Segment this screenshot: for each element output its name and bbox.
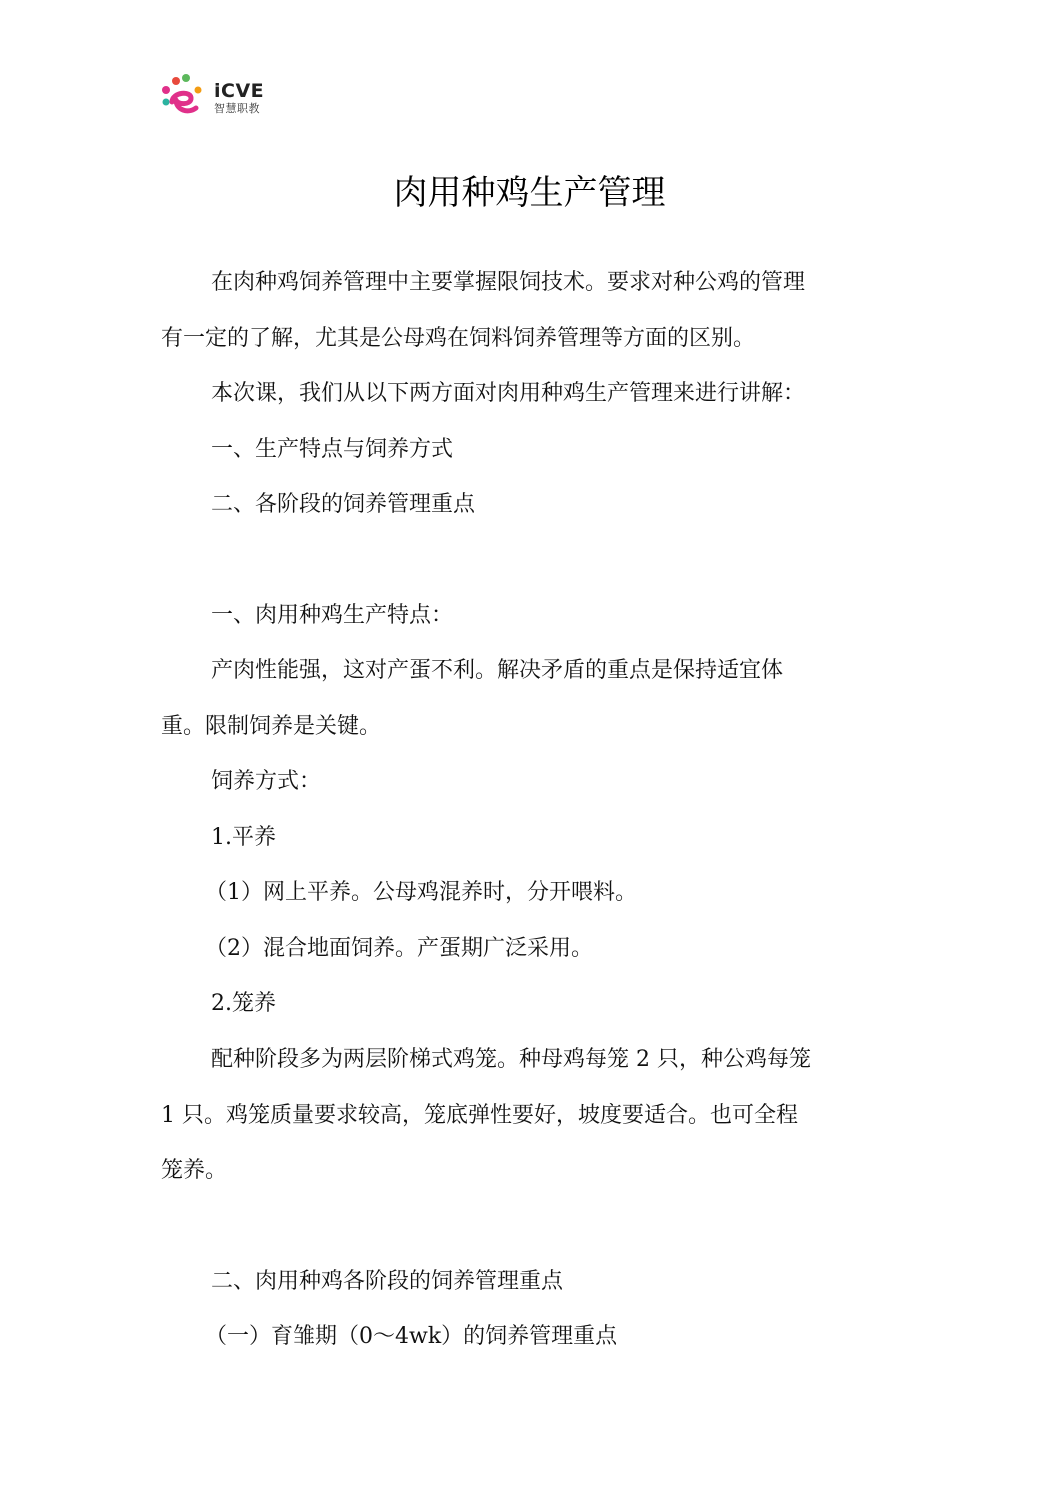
- text-line: 一、肉用种鸡生产特点：: [161, 588, 883, 644]
- flat-rearing-item-2: （2）混合地面饲养。产蛋期广泛采用。: [161, 921, 883, 977]
- outline-intro: 本次课，我们从以下两方面对肉用种鸡生产管理来进行讲解：: [161, 366, 883, 422]
- flat-rearing-heading: 1.平养: [161, 810, 883, 866]
- logo-subtitle: 智慧职教: [214, 103, 260, 115]
- section-heading-2: 二、肉用种鸡各阶段的饲养管理重点: [161, 1254, 883, 1310]
- cage-rearing-heading: 2.笼养: [161, 976, 883, 1032]
- icve-logo-icon: [158, 72, 210, 120]
- text-line: 笼养。: [161, 1143, 883, 1199]
- text-line: 在肉种鸡饲养管理中主要掌握限饲技术。要求对种公鸡的管理: [161, 255, 883, 311]
- text-line: 2.笼养: [161, 976, 883, 1032]
- text-line: 有一定的了解，尤其是公母鸡在饲料饲养管理等方面的区别。: [161, 311, 883, 367]
- production-characteristics-paragraph: 产肉性能强，这对产蛋不利。解决矛盾的重点是保持适宜体 重。限制饲养是关键。: [161, 643, 883, 754]
- brooding-period-heading: （一）育雏期（0～4wk）的饲养管理重点: [161, 1309, 883, 1365]
- logo-brand-text: iCVE: [214, 82, 264, 101]
- text-line: 1 只。鸡笼质量要求较高，笼底弹性要好，坡度要适合。也可全程: [161, 1088, 883, 1144]
- text-line: 产肉性能强，这对产蛋不利。解决矛盾的重点是保持适宜体: [161, 643, 883, 699]
- intro-paragraph: 在肉种鸡饲养管理中主要掌握限饲技术。要求对种公鸡的管理 有一定的了解，尤其是公母…: [161, 255, 883, 366]
- section-heading-1: 一、肉用种鸡生产特点：: [161, 588, 883, 644]
- text-line: 二、肉用种鸡各阶段的饲养管理重点: [161, 1254, 883, 1310]
- text-line: （1）网上平养。公母鸡混养时，分开喂料。: [161, 865, 883, 921]
- text-line: 饲养方式：: [161, 754, 883, 810]
- text-line: 重。限制饲养是关键。: [161, 699, 883, 755]
- text-line: 一、生产特点与饲养方式: [161, 422, 883, 478]
- outline-item-2: 二、各阶段的饲养管理重点: [161, 477, 883, 533]
- text-line: （2）混合地面饲养。产蛋期广泛采用。: [161, 921, 883, 977]
- text-line: 二、各阶段的饲养管理重点: [161, 477, 883, 533]
- text-line: 1.平养: [161, 810, 883, 866]
- document-title: 肉用种鸡生产管理: [0, 168, 1059, 218]
- flat-rearing-item-1: （1）网上平养。公母鸡混养时，分开喂料。: [161, 865, 883, 921]
- feeding-methods-heading: 饲养方式：: [161, 754, 883, 810]
- text-line: 本次课，我们从以下两方面对肉用种鸡生产管理来进行讲解：: [161, 366, 883, 422]
- cage-rearing-paragraph: 配种阶段多为两层阶梯式鸡笼。种母鸡每笼 2 只，种公鸡每笼 1 只。鸡笼质量要求…: [161, 1032, 883, 1199]
- outline-item-1: 一、生产特点与饲养方式: [161, 422, 883, 478]
- text-line: 配种阶段多为两层阶梯式鸡笼。种母鸡每笼 2 只，种公鸡每笼: [161, 1032, 883, 1088]
- text-line: （一）育雏期（0～4wk）的饲养管理重点: [161, 1309, 883, 1365]
- icve-logo: iCVE 智慧职教: [158, 72, 278, 122]
